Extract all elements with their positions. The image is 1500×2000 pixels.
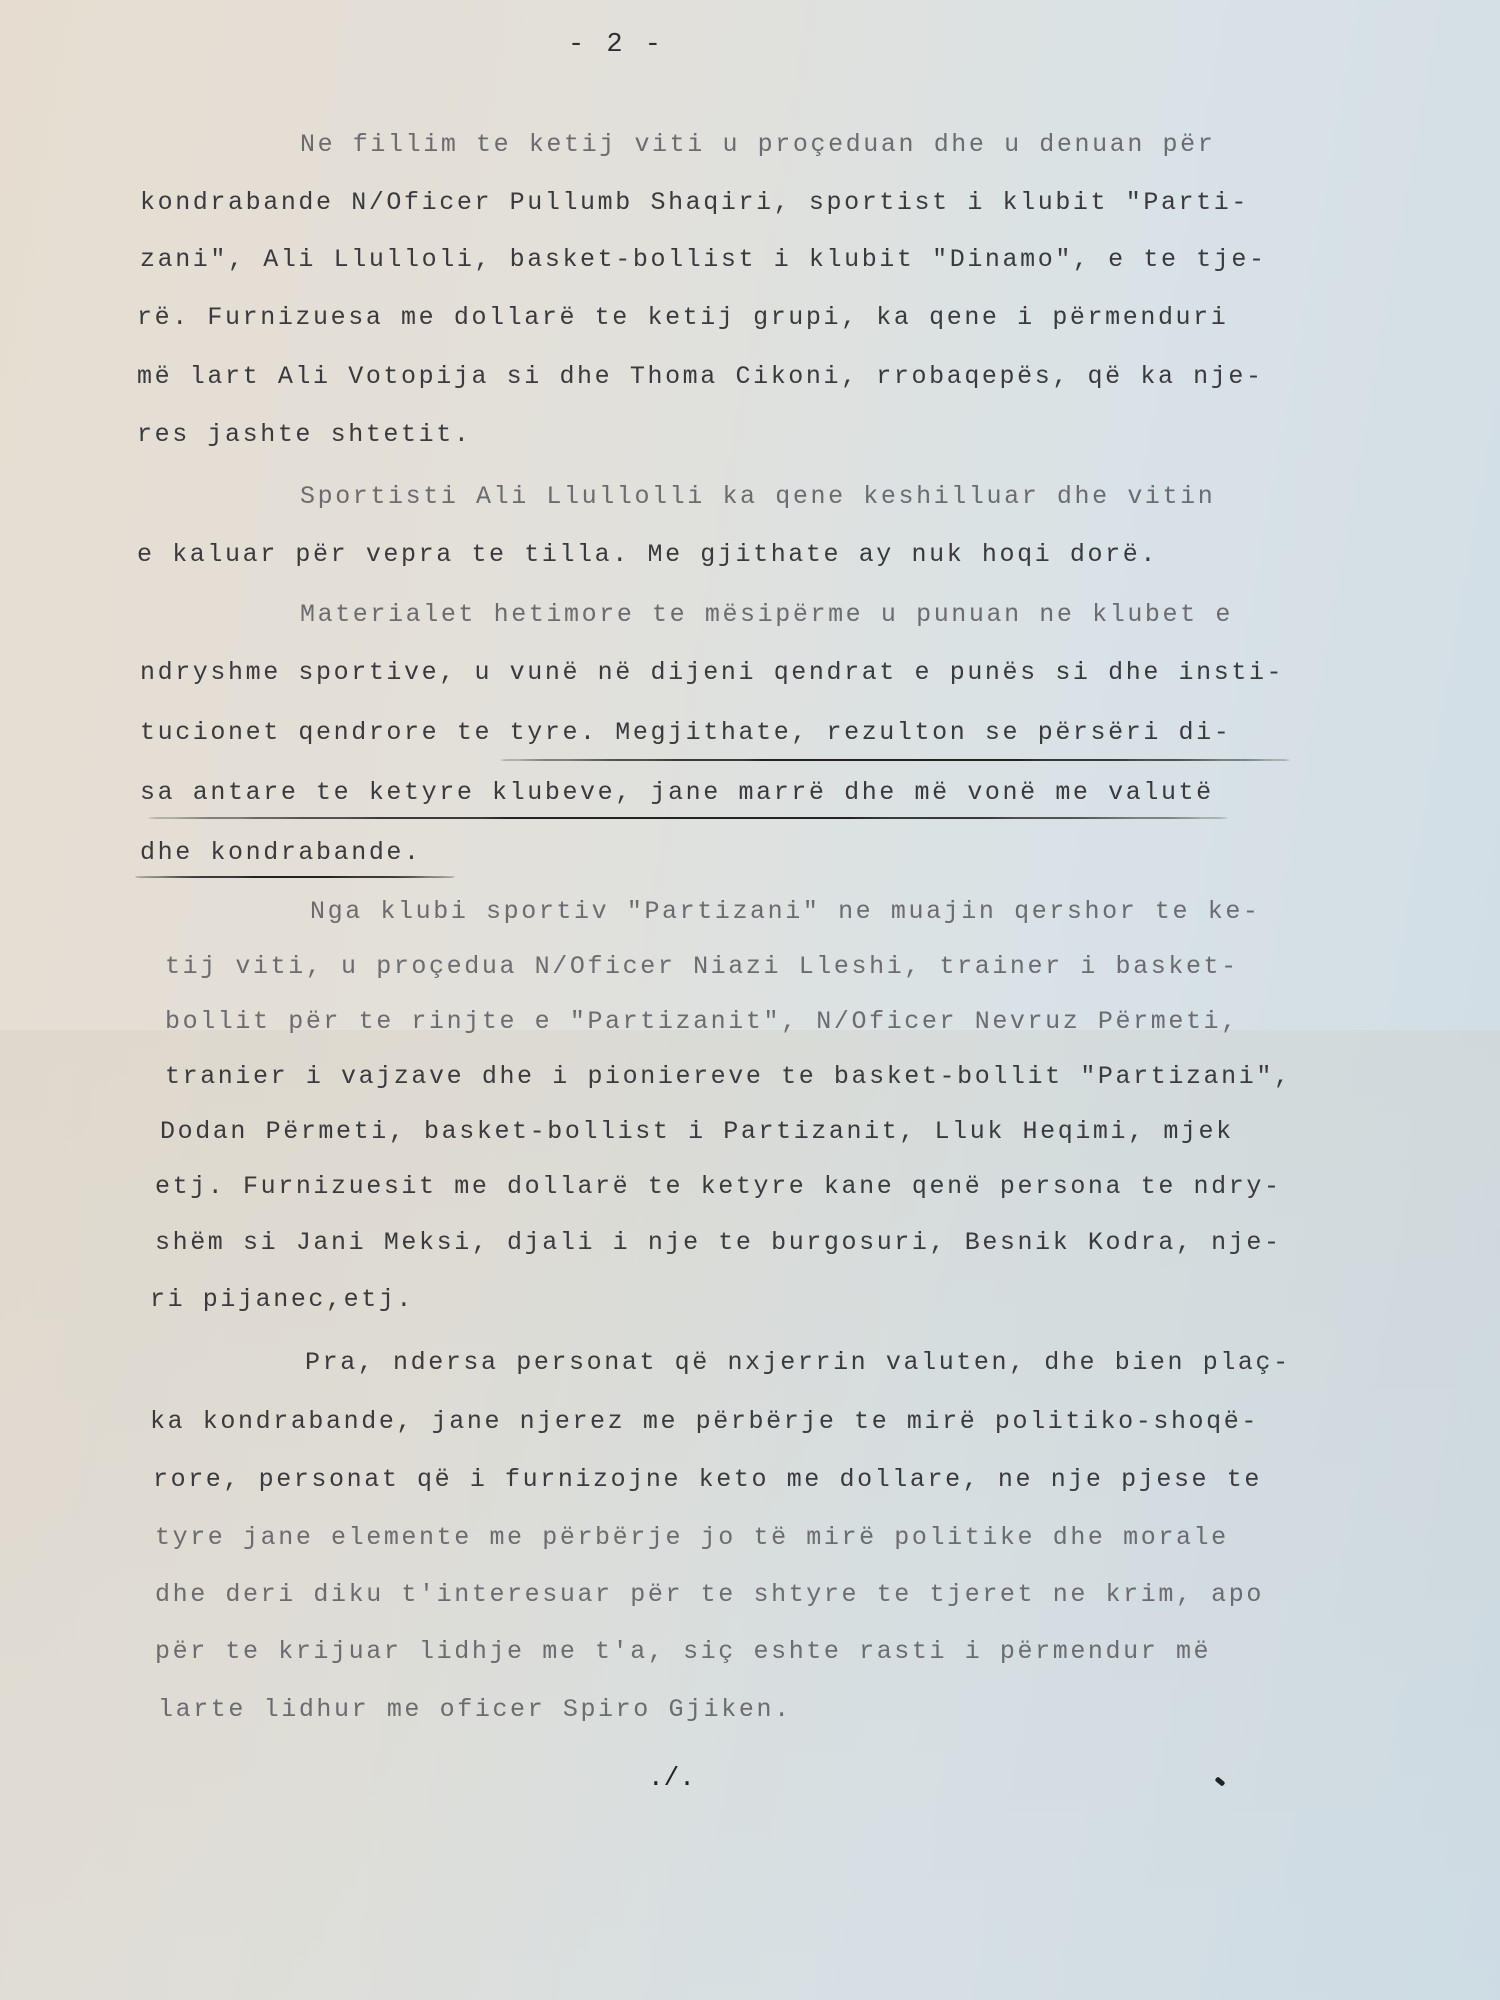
text-line: shëm si Jani Meksi, djali i nje te burgo… <box>155 1228 1282 1258</box>
text-line: larte lidhur me oficer Spiro Gjiken. <box>158 1695 792 1725</box>
text-line: tucionet qendrore te tyre. Megjithate, r… <box>140 718 1231 748</box>
text-line: zani", Ali Llulloli, basket-bollist i kl… <box>140 245 1267 275</box>
page-number: - 2 - <box>568 30 664 60</box>
text-line: ri pijanec,etj. <box>150 1285 414 1315</box>
text-line: rë. Furnizuesa me dollarë te ketij grupi… <box>137 303 1228 333</box>
text-line: rore, personat që i furnizojne keto me d… <box>153 1465 1262 1495</box>
text-line: më lart Ali Votopija si dhe Thoma Cikoni… <box>137 362 1264 392</box>
text-line: Pra, ndersa personat që nxjerrin valuten… <box>305 1348 1291 1378</box>
text-line: e kaluar për vepra te tilla. Me gjithate… <box>137 540 1158 570</box>
text-line: res jashte shtetit. <box>137 420 471 450</box>
text-line: dhe deri diku t'interesuar për te shtyre… <box>155 1580 1264 1610</box>
text-line: tranier i vajzave dhe i pioniereve te ba… <box>165 1062 1292 1092</box>
text-line: etj. Furnizuesit me dollarë te ketyre ka… <box>155 1172 1282 1202</box>
text-line: Materialet hetimore te mësipërme u punua… <box>300 600 1233 630</box>
text-line: dhe kondrabande. <box>140 838 422 868</box>
text-line: Sportisti Ali Llullolli ka qene keshillu… <box>300 482 1215 512</box>
handwritten-underline <box>500 759 1290 761</box>
text-line: ka kondrabande, jane njerez me përbërje … <box>150 1407 1259 1437</box>
text-line: tyre jane elemente me përbërje jo të mir… <box>155 1523 1229 1553</box>
text-line: Ne fillim te ketij viti u proçeduan dhe … <box>300 130 1215 160</box>
text-line: Nga klubi sportiv "Partizani" ne muajin … <box>310 897 1261 927</box>
handwritten-underline <box>135 876 455 878</box>
ink-blot <box>1215 1776 1226 1786</box>
text-line: kondrabande N/Oficer Pullumb Shaqiri, sp… <box>140 188 1249 218</box>
continuation-mark: ./. <box>648 1763 695 1793</box>
text-line: ndryshme sportive, u vunë në dijeni qend… <box>140 658 1284 688</box>
text-line: për te krijuar lidhje me t'a, siç eshte … <box>155 1637 1211 1667</box>
text-line: sa antare te ketyre klubeve, jane marrë … <box>140 778 1214 808</box>
document-page: - 2 - Ne fillim te ketij viti u proçedua… <box>0 0 1500 2000</box>
text-line: tij viti, u proçedua N/Oficer Niazi Lles… <box>165 952 1239 982</box>
text-line: bollit për te rinjte e "Partizanit", N/O… <box>165 1007 1239 1037</box>
text-line: Dodan Përmeti, basket-bollist i Partizan… <box>160 1117 1234 1147</box>
handwritten-underline <box>148 817 1228 819</box>
